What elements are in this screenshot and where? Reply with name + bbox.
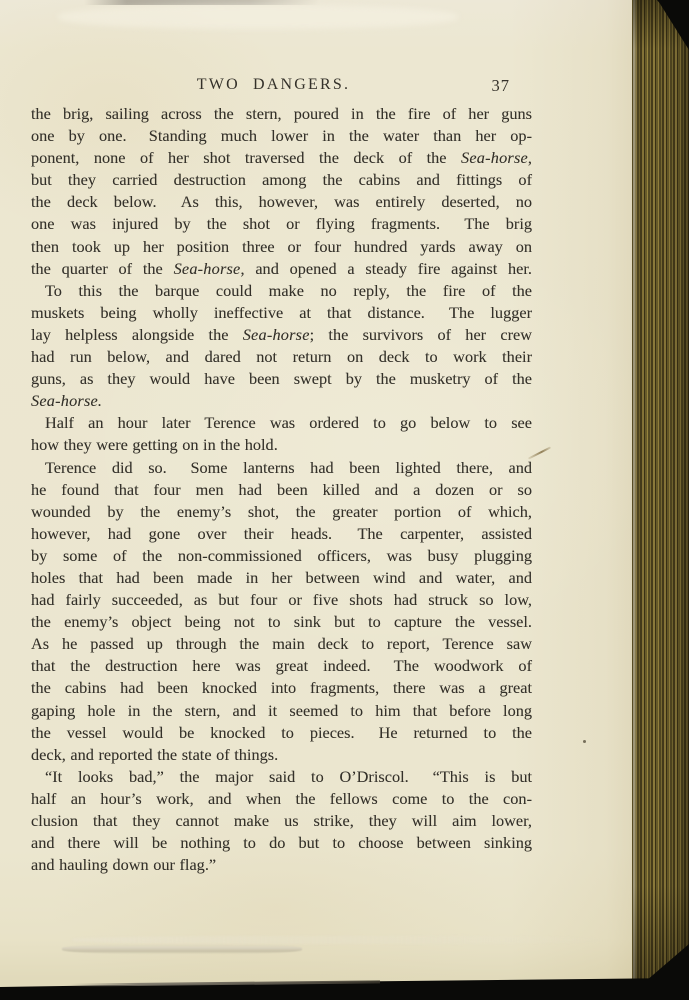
book-scan: TWO DANGERS. 37 the brig, sailing across… <box>0 0 689 1000</box>
text-line: holes that had been made in her between … <box>31 567 532 589</box>
text-line: muskets being wholly ineffective at that… <box>31 302 532 324</box>
text-line: deck, and reported the state of things. <box>31 744 532 766</box>
text-line: he found that four men had been killed a… <box>31 479 532 501</box>
running-header: TWO DANGERS. 37 <box>31 76 532 98</box>
text-line: but they carried destruction among the c… <box>31 169 532 191</box>
text-line: the enemy’s object being not to sink but… <box>31 611 532 633</box>
page-number: 37 <box>492 76 511 96</box>
text-line: Half an hour later Terence was ordered t… <box>31 412 532 434</box>
book-fore-edge <box>632 0 689 984</box>
text-line: Sea-horse. <box>31 390 532 412</box>
page-bottom-edge-streak <box>62 944 302 954</box>
text-line: guns, as they would have been swept by t… <box>31 368 532 390</box>
ink-speck <box>583 740 586 743</box>
text-line: wounded by the enemy’s shot, the greater… <box>31 501 532 523</box>
text-line: To this the barque could make no reply, … <box>31 280 532 302</box>
text-line: the cabins had been knocked into fragmen… <box>31 677 532 699</box>
text-line: and hauling down our flag.” <box>31 854 532 876</box>
text-line: by some of the non-commissioned officers… <box>31 545 532 567</box>
text-line: Terence did so. Some lanterns had been l… <box>31 457 532 479</box>
running-header-title: TWO DANGERS. <box>197 76 350 94</box>
text-line: gaping hole in the stern, and it seemed … <box>31 700 532 722</box>
text-line: that the destruction here was great inde… <box>31 655 532 677</box>
text-line: had fairly succeeded, as but four or fiv… <box>31 589 532 611</box>
text-line: one by one. Standing much lower in the w… <box>31 125 532 147</box>
text-line: lay helpless alongside the Sea-horse; th… <box>31 324 532 346</box>
text-line: however, had gone over their heads. The … <box>31 523 532 545</box>
text-line: the deck below. As this, however, was en… <box>31 191 532 213</box>
text-line: the brig, sailing across the stern, pour… <box>31 103 532 125</box>
text-line: then took up her position three or four … <box>31 236 532 258</box>
text-line: ponent, none of her shot traversed the d… <box>31 147 532 169</box>
text-block: TWO DANGERS. 37 the brig, sailing across… <box>31 0 532 988</box>
text-line: the quarter of the Sea-horse, and opened… <box>31 258 532 280</box>
text-line: As he passed up through the main deck to… <box>31 633 532 655</box>
text-line: the vessel would be knocked to pieces. H… <box>31 722 532 744</box>
text-line: how they were getting on in the hold. <box>31 434 532 456</box>
text-line: “It looks bad,” the major said to O’Dris… <box>31 766 532 788</box>
page-bottom-edge-streak <box>72 936 612 944</box>
page-paper: TWO DANGERS. 37 the brig, sailing across… <box>0 0 689 988</box>
text-line: had run below, and dared not return on d… <box>31 346 532 368</box>
text-line: clusion that they cannot make us strike,… <box>31 810 532 832</box>
text-line: half an hour’s work, and when the fellow… <box>31 788 532 810</box>
text-line: and there will be nothing to do but to c… <box>31 832 532 854</box>
page-text: the brig, sailing across the stern, pour… <box>31 103 532 876</box>
text-line: one was injured by the shot or flying fr… <box>31 213 532 235</box>
